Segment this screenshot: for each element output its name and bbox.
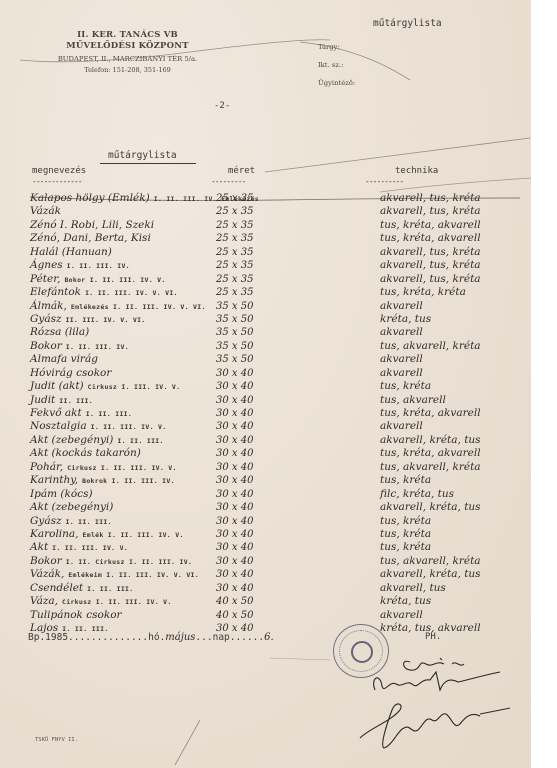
artwork-name: GyászI. II. III. [30, 515, 112, 529]
artwork-title: Ipám (kócs) [30, 488, 93, 500]
table-row: Akt (zebegényi)I. II. III.30 x 40akvarel… [30, 434, 530, 447]
artwork-size: 30 x 40 [216, 461, 253, 474]
artwork-title: Hóvirág csokor [30, 367, 111, 379]
artwork-title: Fekvő akt [30, 407, 82, 419]
table-row: GyászI. II. III.30 x 40tus, kréta [30, 515, 530, 528]
artwork-name: Pohár,Cirkusz I. II. III. IV. V. [30, 461, 177, 475]
table-row: Vázák25 x 35akvarell, tus, kréta [30, 205, 530, 218]
table-row: Péter,Bokor I. II. III. IV. V.25 x 35akv… [30, 273, 530, 286]
artwork-title: Judit (akt) [30, 380, 84, 392]
artwork-technique: tus, kréta, kréta [380, 286, 466, 299]
artwork-series: I. II. III. IV. V. [91, 423, 167, 431]
date-year: Bp.1985 [28, 632, 68, 643]
artwork-name: CsendéletI. II. III. [30, 582, 134, 596]
table-row: Vázák,Emlékeim I. II. III. IV. V. VI.30 … [30, 568, 530, 581]
table-row: Almafa virág35 x 50akvarell [30, 353, 530, 366]
table-row: Akt (zebegényi)30 x 40akvarell, kréta, t… [30, 501, 530, 514]
artwork-size: 25 x 35 [216, 246, 253, 259]
artwork-size: 30 x 40 [216, 407, 253, 420]
column-header-technique: technika [395, 166, 438, 176]
artwork-series: I. II. III. IV. V. [52, 544, 128, 552]
column-header-size: méret [228, 166, 255, 176]
artwork-technique: kréta, tus [380, 595, 431, 608]
artwork-name: Péter,Bokor I. II. III. IV. V. [30, 273, 166, 287]
subject-label: Tárgy: [318, 38, 355, 56]
table-row: Tulipánok csokor40 x 50akvarell [30, 609, 530, 622]
artwork-technique: tus, kréta, akvarell [380, 447, 481, 460]
letterhead-address: BUDAPEST, II., MARCZIBÁNYI TÉR 5/a. [40, 54, 215, 65]
artwork-size: 30 x 40 [216, 541, 253, 554]
artwork-size: 30 x 40 [216, 555, 253, 568]
artwork-technique: akvarell [380, 609, 423, 622]
artwork-title: Akt (zebegényi) [30, 501, 113, 513]
artwork-name: BokorI. II. Cirkusz I. II. III. IV. [30, 555, 192, 569]
artwork-technique: tus, akvarell, kréta [380, 340, 481, 353]
artwork-name: Akt (zebegényi) [30, 501, 117, 515]
artwork-name: AktI. II. III. IV. V. [30, 541, 128, 555]
artwork-technique: akvarell, tus, kréta [380, 259, 481, 272]
artwork-size: 30 x 40 [216, 488, 253, 501]
table-row: Hóvirág csokor30 x 40akvarell [30, 367, 530, 380]
artwork-series: Bokor I. II. III. IV. V. [64, 276, 165, 284]
artwork-technique: kréta, tus [380, 313, 431, 326]
artwork-name: Zénó I. Robi, Lili, Szeki [30, 219, 158, 233]
artwork-series: Cirkusz I. III. IV. V. [88, 383, 181, 391]
artwork-name: Rózsa (lila) [30, 326, 93, 340]
artwork-size: 30 x 40 [216, 474, 253, 487]
artwork-technique: akvarell [380, 353, 423, 366]
artwork-size: 30 x 40 [216, 447, 253, 460]
artwork-name: JuditII. III. [30, 394, 93, 408]
artwork-title: Elefántok [30, 286, 81, 298]
document-page: II. KER. TANÁCS VB MŰVELŐDÉSI KÖZPONT BU… [0, 0, 531, 768]
artwork-series: Emlékeim I. II. III. IV. V. VI. [68, 571, 199, 579]
artwork-size: 30 x 40 [216, 568, 253, 581]
artwork-name: Akt (kockás takarón) [30, 447, 145, 461]
artwork-name: ÁgnesI. II. III. IV. [30, 259, 130, 273]
artwork-series: II. III. IV. V. VI. [66, 316, 146, 324]
signatures [340, 650, 520, 760]
table-row: Ipám (kócs)30 x 40filc, kréta, tus [30, 488, 530, 501]
artwork-technique: akvarell, tus, kréta [380, 192, 481, 205]
table-row: Halál (Hanuan)25 x 35akvarell, tus, krét… [30, 246, 530, 259]
column-dash-technique: ---------- [365, 177, 403, 186]
artwork-title: Akt [30, 541, 48, 553]
artwork-technique: akvarell [380, 420, 423, 433]
artwork-series: Cirkusz I. II. III. IV. V. [67, 464, 177, 472]
artwork-name: Karinthy,Bokrok I. II. III. IV. [30, 474, 175, 488]
artwork-size: 35 x 50 [216, 300, 253, 313]
artwork-name: Akt (zebegényi)I. II. III. [30, 434, 164, 448]
artwork-title: Vázák, [30, 568, 64, 580]
artwork-size: 30 x 40 [216, 367, 253, 380]
date-line: Bp.1985..............hó.május...nap.....… [28, 632, 274, 643]
table-row: GyászII. III. IV. V. VI.35 x 50kréta, tu… [30, 313, 530, 326]
artwork-technique: tus, kréta, akvarell [380, 407, 481, 420]
artwork-size: 25 x 35 [216, 273, 253, 286]
artwork-technique: akvarell, tus, kréta [380, 273, 481, 286]
artwork-size: 30 x 40 [216, 501, 253, 514]
artwork-title: Álmák, [30, 300, 67, 312]
table-row: Fekvő aktI. II. III.30 x 40tus, kréta, a… [30, 407, 530, 420]
artwork-series: I. II. III. [66, 518, 112, 526]
artwork-title: Bokor [30, 340, 62, 352]
artwork-title: Csendélet [30, 582, 83, 594]
table-row: Zénó I. Robi, Lili, Szeki25 x 35tus, kré… [30, 219, 530, 232]
meta-labels: Tárgy: Ikt. sz.: Ügyintéző: [318, 38, 355, 92]
artwork-size: 30 x 40 [216, 582, 253, 595]
artwork-name: Zénó, Dani, Berta, Kisi [30, 232, 155, 246]
date-dots: ... [195, 632, 212, 643]
artwork-size: 25 x 35 [216, 232, 253, 245]
day-label: nap [213, 632, 230, 643]
artwork-name: Judit (akt)Cirkusz I. III. IV. V. [30, 380, 180, 394]
artwork-technique: tus, kréta [380, 380, 431, 393]
artwork-name: Ipám (kócs) [30, 488, 97, 502]
artwork-name: ElefántokI. II. III. IV. V. VI. [30, 286, 178, 300]
artwork-size: 25 x 35 [216, 219, 253, 232]
column-header-name: megnevezés [32, 166, 86, 176]
artwork-title: Zénó, Dani, Berta, Kisi [30, 232, 151, 244]
table-row: Kalapos hölgy (Emlék)I. II. III. IV. Eml… [30, 192, 530, 205]
artwork-title: Bokor [30, 555, 62, 567]
artwork-size: 30 x 40 [216, 528, 253, 541]
artwork-title: Halál (Hanuan) [30, 246, 112, 258]
artwork-size: 25 x 35 [216, 286, 253, 299]
artwork-technique: akvarell, tus, kréta [380, 205, 481, 218]
artwork-technique: tus, akvarell, kréta [380, 461, 481, 474]
artwork-series: I. II. Cirkusz I. II. III. IV. [66, 558, 192, 566]
table-row: Pohár,Cirkusz I. II. III. IV. V.30 x 40t… [30, 461, 530, 474]
artwork-series: II. III. [59, 397, 93, 405]
artwork-size: 40 x 50 [216, 609, 253, 622]
artwork-title: Akt (zebegényi) [30, 434, 113, 446]
table-row: Akt (kockás takarón)30 x 40tus, kréta, a… [30, 447, 530, 460]
artwork-series: I. II. III. IV. [67, 262, 130, 270]
artwork-technique: akvarell, kréta, tus [380, 501, 481, 514]
artwork-technique: tus, kréta, akvarell [380, 232, 481, 245]
ph-label: PH. [425, 632, 441, 642]
artwork-title: Gyász [30, 515, 62, 527]
form-code: TSKÜ FNYV II. [35, 737, 78, 743]
letterhead-institution: MŰVELŐDÉSI KÖZPONT [40, 41, 215, 52]
artwork-series: Cirkusz I. II. III. IV. V. [62, 598, 172, 606]
artwork-size: 30 x 40 [216, 434, 253, 447]
letterhead-phone: Telefon: 151-208, 351-169 [40, 65, 215, 75]
artwork-title: Gyász [30, 313, 62, 325]
artwork-title: Zénó I. Robi, Lili, Szeki [30, 219, 154, 231]
document-title: műtárgylista [373, 18, 442, 29]
artwork-title: Ágnes [30, 259, 63, 271]
artwork-technique: tus, akvarell, kréta [380, 555, 481, 568]
artwork-title: Rózsa (lila) [30, 326, 89, 338]
artwork-name: Váza,Cirkusz I. II. III. IV. V. [30, 595, 172, 609]
artwork-series: I. II. III. [86, 410, 132, 418]
artwork-name: BokorI. II. III. IV. [30, 340, 129, 354]
table-row: AktI. II. III. IV. V.30 x 40tus, kréta [30, 541, 530, 554]
artwork-size: 25 x 35 [216, 192, 253, 205]
artwork-title: Akt (kockás takarón) [30, 447, 141, 459]
artwork-name: Halál (Hanuan) [30, 246, 116, 260]
artwork-title: Karinthy, [30, 474, 78, 486]
artwork-size: 40 x 50 [216, 595, 253, 608]
artwork-series: I. II. III. [87, 585, 133, 593]
artwork-technique: tus, kréta [380, 515, 431, 528]
table-row: Karolina,Emlék I. II. III. IV. V.30 x 40… [30, 528, 530, 541]
artwork-technique: akvarell [380, 300, 423, 313]
artwork-technique: akvarell, tus [380, 582, 446, 595]
artwork-series: Emlékezés I. II. III. IV. V. VI. [71, 303, 206, 311]
table-row: JuditII. III.30 x 40tus, akvarell [30, 394, 530, 407]
artwork-name: Hóvirág csokor [30, 367, 115, 381]
artwork-size: 25 x 35 [216, 259, 253, 272]
table-row: Rózsa (lila)35 x 50akvarell [30, 326, 530, 339]
month-value: május [165, 632, 195, 643]
artwork-size: 30 x 40 [216, 515, 253, 528]
artwork-series: I. II. III. IV. [66, 343, 129, 351]
list-title-underline [100, 163, 196, 164]
artwork-series: I. II. III. [117, 437, 163, 445]
artwork-name: NosztalgiaI. II. III. IV. V. [30, 420, 166, 434]
table-row: Váza,Cirkusz I. II. III. IV. V.40 x 50kr… [30, 595, 530, 608]
artwork-size: 30 x 40 [216, 380, 253, 393]
artwork-list: Kalapos hölgy (Emlék)I. II. III. IV. Eml… [30, 192, 530, 635]
month-label: hó. [148, 632, 165, 643]
artwork-title: Vázák [30, 205, 61, 217]
artwork-size: 25 x 35 [216, 205, 253, 218]
artwork-name: Fekvő aktI. II. III. [30, 407, 132, 421]
artwork-technique: akvarell, tus, kréta [380, 246, 481, 259]
artwork-series: Emlék I. II. III. IV. V. [83, 531, 184, 539]
table-row: NosztalgiaI. II. III. IV. V.30 x 40akvar… [30, 420, 530, 433]
artwork-title: Almafa virág [30, 353, 98, 365]
administrator-label: Ügyintéző: [318, 74, 355, 92]
artwork-title: Pohár, [30, 461, 63, 473]
artwork-name: Karolina,Emlék I. II. III. IV. V. [30, 528, 184, 542]
artwork-technique: akvarell [380, 367, 423, 380]
artwork-size: 35 x 50 [216, 340, 253, 353]
artwork-technique: tus, kréta [380, 541, 431, 554]
artwork-technique: tus, akvarell [380, 394, 446, 407]
letterhead-organization: II. KER. TANÁCS VB [40, 30, 215, 41]
table-row: Zénó, Dani, Berta, Kisi25 x 35tus, kréta… [30, 232, 530, 245]
artwork-size: 35 x 50 [216, 353, 253, 366]
artwork-title: Váza, [30, 595, 58, 607]
artwork-title: Karolina, [30, 528, 79, 540]
table-row: Álmák,Emlékezés I. II. III. IV. V. VI.35… [30, 300, 530, 313]
artwork-name: GyászII. III. IV. V. VI. [30, 313, 146, 327]
artwork-size: 30 x 40 [216, 420, 253, 433]
table-row: ÁgnesI. II. III. IV.25 x 35akvarell, tus… [30, 259, 530, 272]
column-dash-size: --------- [211, 177, 245, 186]
artwork-technique: akvarell [380, 326, 423, 339]
table-row: Judit (akt)Cirkusz I. III. IV. V.30 x 40… [30, 380, 530, 393]
date-dots: ...... [230, 632, 264, 643]
artwork-size: 35 x 50 [216, 326, 253, 339]
table-row: CsendéletI. II. III.30 x 40akvarell, tus [30, 582, 530, 595]
artwork-name: Vázák,Emlékeim I. II. III. IV. V. VI. [30, 568, 199, 582]
artwork-title: Judit [30, 394, 55, 406]
artwork-technique: akvarell, kréta, tus [380, 434, 481, 447]
artwork-name: Almafa virág [30, 353, 102, 367]
table-row: BokorI. II. Cirkusz I. II. III. IV.30 x … [30, 555, 530, 568]
artwork-name: Vázák [30, 205, 65, 219]
column-dash-name: ------------- [32, 177, 82, 186]
table-row: ElefántokI. II. III. IV. V. VI.25 x 35tu… [30, 286, 530, 299]
letterhead: II. KER. TANÁCS VB MŰVELŐDÉSI KÖZPONT BU… [40, 30, 215, 75]
artwork-technique: tus, kréta [380, 474, 431, 487]
table-row: Karinthy,Bokrok I. II. III. IV.30 x 40tu… [30, 474, 530, 487]
artwork-title: Tulipánok csokor [30, 609, 122, 621]
list-title: műtárgylista [108, 150, 177, 161]
artwork-title: Péter, [30, 273, 60, 285]
artwork-name: Álmák,Emlékezés I. II. III. IV. V. VI. [30, 300, 206, 314]
artwork-size: 30 x 40 [216, 394, 253, 407]
artwork-technique: filc, kréta, tus [380, 488, 454, 501]
artwork-series: I. II. III. IV. V. VI. [85, 289, 178, 297]
artwork-technique: tus, kréta [380, 528, 431, 541]
file-number-label: Ikt. sz.: [318, 56, 355, 74]
artwork-title: Nosztalgia [30, 420, 87, 432]
day-value: 6. [264, 632, 274, 643]
artwork-name: Tulipánok csokor [30, 609, 126, 623]
page-number: -2- [214, 101, 230, 111]
table-row: BokorI. II. III. IV.35 x 50tus, akvarell… [30, 340, 530, 353]
artwork-title: Kalapos hölgy (Emlék) [30, 192, 150, 204]
artwork-size: 35 x 50 [216, 313, 253, 326]
artwork-series: Bokrok I. II. III. IV. [82, 477, 175, 485]
artwork-technique: tus, kréta, akvarell [380, 219, 481, 232]
artwork-technique: akvarell, kréta, tus [380, 568, 481, 581]
date-dots: .............. [68, 632, 148, 643]
